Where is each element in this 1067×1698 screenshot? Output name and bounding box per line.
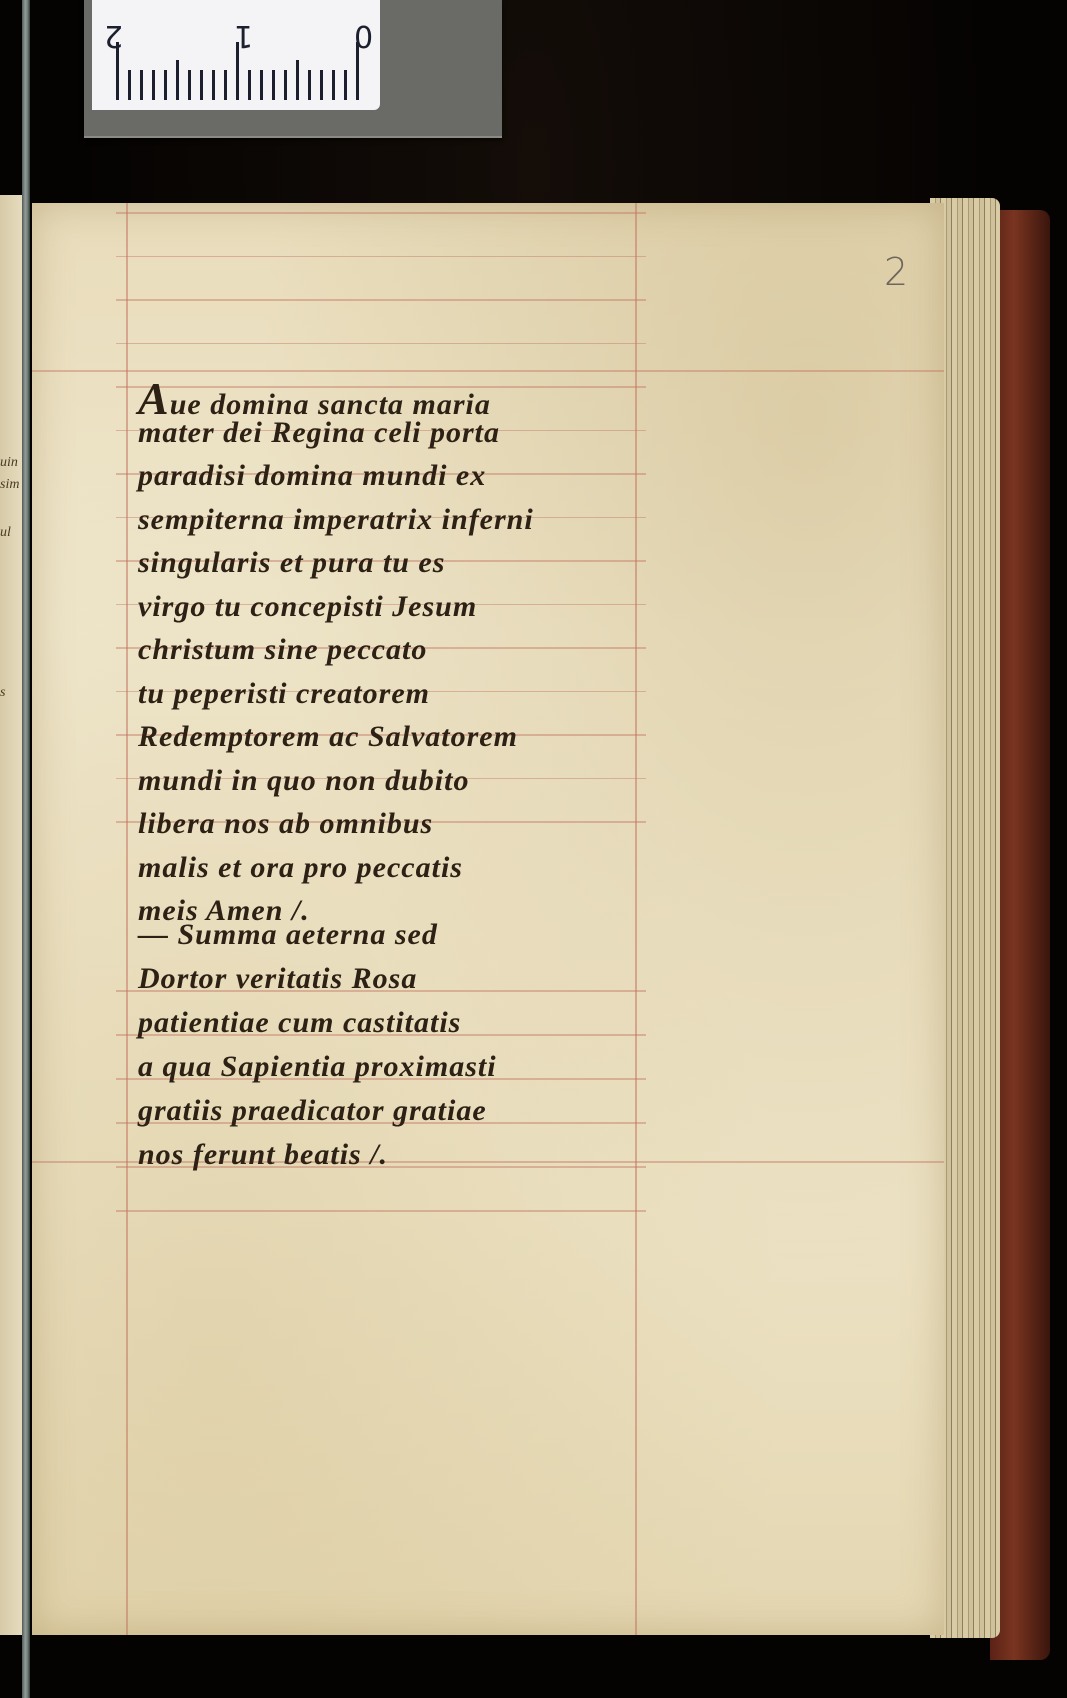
scale-tick — [296, 60, 299, 100]
scale-tick — [224, 70, 227, 100]
scale-tick — [356, 42, 359, 100]
manuscript-line: paradisi domina mundi ex — [138, 459, 486, 503]
line-text: mundi in quo non dubito — [138, 764, 469, 797]
manuscript-line: tu peperisti creatorem — [138, 677, 430, 721]
scale-tick — [140, 70, 143, 100]
line-text: nos ferunt beatis /. — [138, 1138, 388, 1171]
facing-page-edge: uin sim ul s — [0, 195, 22, 1635]
manuscript-line: Dortor veritatis Rosa — [138, 962, 417, 1006]
scale-tick — [248, 70, 251, 100]
ruling-line — [116, 1210, 646, 1212]
manuscript-line: libera nos ab omnibus — [138, 807, 433, 851]
line-text: singularis et pura tu es — [138, 546, 445, 579]
scale-tick — [272, 70, 275, 100]
ruling-line — [116, 299, 646, 301]
scale-tick — [128, 70, 131, 100]
line-text: sempiterna imperatrix inferni — [138, 503, 534, 536]
glass-plate-edge — [22, 0, 30, 1698]
scale-tick — [284, 70, 287, 100]
manuscript-line: mundi in quo non dubito — [138, 764, 469, 808]
ruling-line — [116, 212, 646, 214]
line-text: virgo tu concepisti Jesum — [138, 590, 477, 623]
manuscript-line: singularis et pura tu es — [138, 546, 445, 590]
scale-tick — [116, 42, 119, 100]
line-text: malis et ora pro peccatis — [138, 851, 463, 884]
scale-tick — [260, 70, 263, 100]
manuscript-line: — Summa aeterna sed — [138, 918, 438, 962]
scale-tick — [344, 70, 347, 100]
folio-number: 2 — [884, 250, 908, 294]
scale-tick — [152, 70, 155, 100]
line-text: gratiis praedicator gratiae — [138, 1094, 487, 1127]
line-text: mater dei Regina celi porta — [138, 416, 500, 449]
scale-tick — [212, 70, 215, 100]
scale-label-2: 2 — [104, 18, 123, 53]
facing-fragment: sim — [0, 477, 19, 493]
facing-fragment: uin — [0, 455, 18, 471]
ruling-left — [126, 203, 128, 1635]
line-text: paradisi domina mundi ex — [138, 459, 486, 492]
scale-bar: 2 1 0 — [84, 0, 502, 138]
manuscript-line: virgo tu concepisti Jesum — [138, 590, 477, 634]
ruling-right — [635, 203, 637, 1635]
manuscript-line: patientiae cum castitatis — [138, 1006, 461, 1050]
scale-tick — [236, 42, 239, 100]
line-text: Dortor veritatis Rosa — [138, 962, 417, 995]
manuscript-line: a qua Sapientia proximasti — [138, 1050, 497, 1094]
facing-fragment: ul — [0, 525, 11, 541]
manuscript-line: nos ferunt beatis /. — [138, 1138, 388, 1182]
ruling-line — [116, 343, 646, 345]
line-text: libera nos ab omnibus — [138, 807, 433, 840]
facing-fragment: s — [0, 685, 5, 701]
scale-tick — [200, 70, 203, 100]
manuscript-line: christum sine peccato — [138, 633, 427, 677]
line-text: — Summa aeterna sed — [138, 918, 438, 951]
manuscript-line: mater dei Regina celi porta — [138, 416, 500, 460]
scale-tick — [164, 70, 167, 100]
line-text: christum sine peccato — [138, 633, 427, 666]
scale-tick — [332, 70, 335, 100]
line-text: patientiae cum castitatis — [138, 1006, 461, 1039]
scale-tick — [188, 70, 191, 100]
manuscript-line: gratiis praedicator gratiae — [138, 1094, 487, 1138]
manuscript-line: sempiterna imperatrix inferni — [138, 503, 534, 547]
ruling-line — [116, 256, 646, 258]
line-text: tu peperisti creatorem — [138, 677, 430, 710]
line-text: a qua Sapientia proximasti — [138, 1050, 497, 1083]
manuscript-line: Aue domina sancta maria — [138, 372, 491, 416]
scale-tick — [308, 70, 311, 100]
line-text: Redemptorem ac Salvatorem — [138, 720, 518, 753]
manuscript-line: malis et ora pro peccatis — [138, 851, 463, 895]
scale-ruler: 2 1 0 — [92, 0, 380, 110]
manuscript-line: Redemptorem ac Salvatorem — [138, 720, 518, 764]
scale-tick — [320, 70, 323, 100]
scale-tick — [176, 60, 179, 100]
